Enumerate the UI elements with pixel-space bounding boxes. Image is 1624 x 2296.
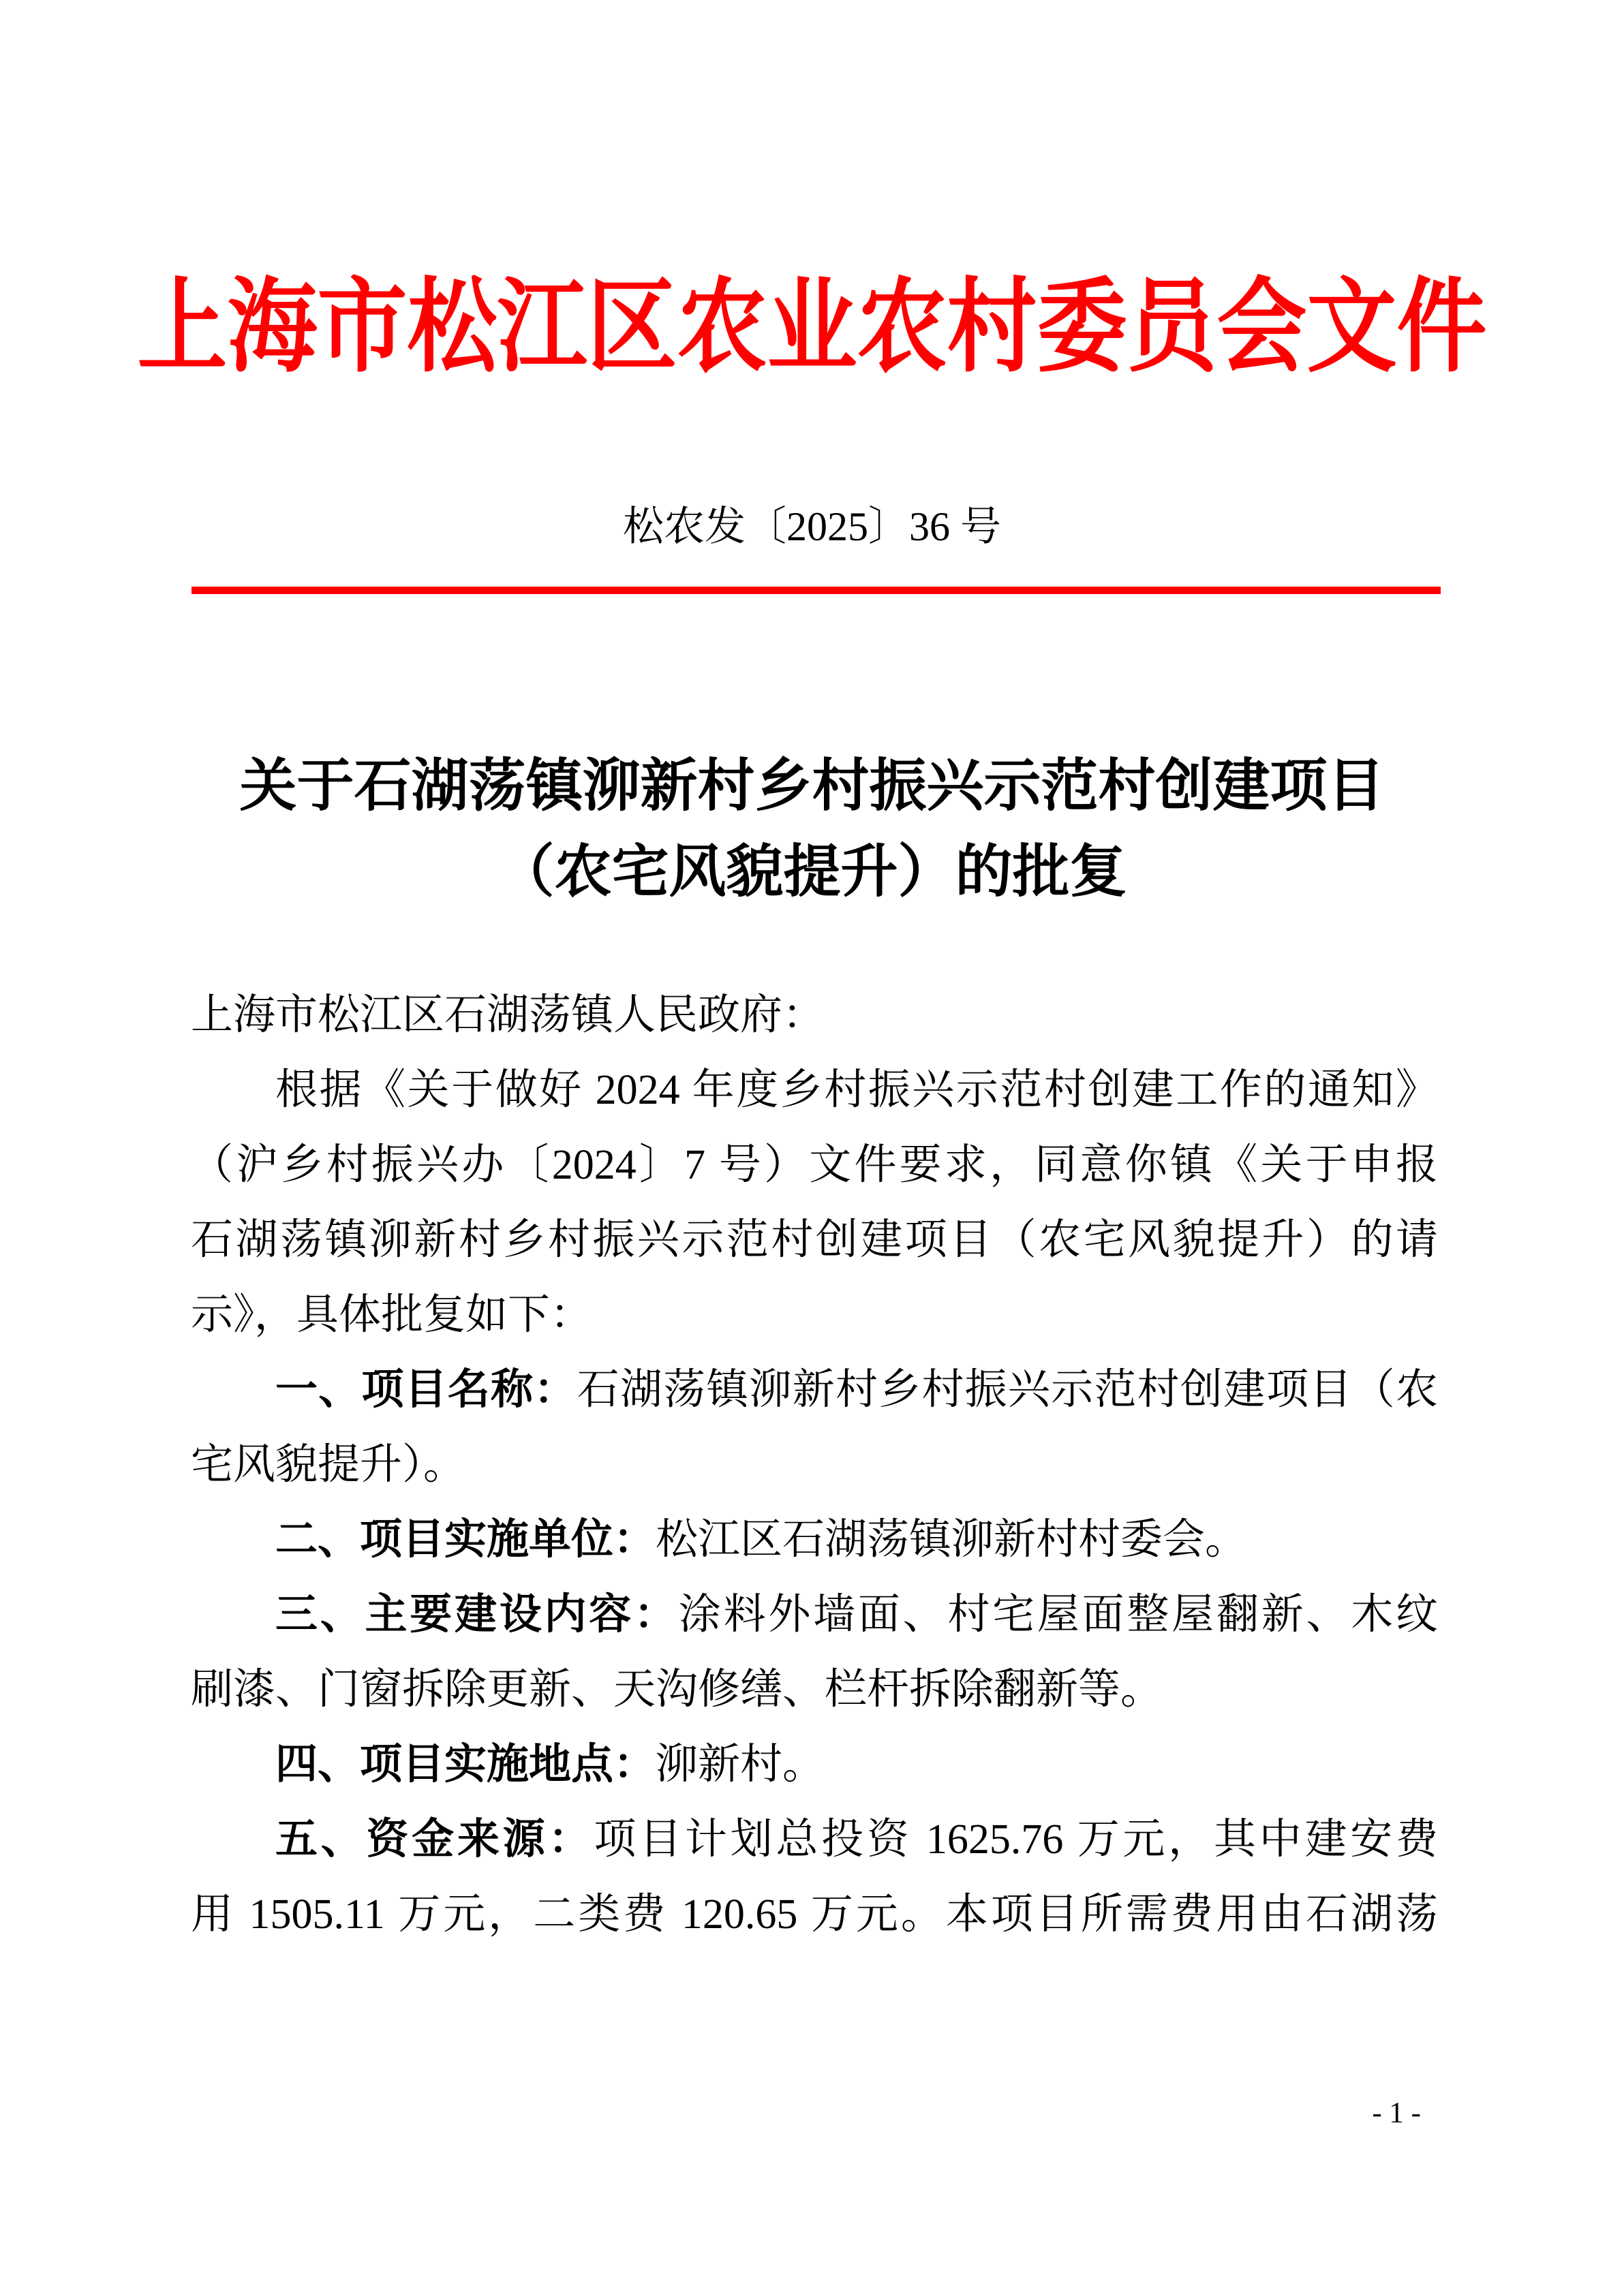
body-line: 上海市松江区石湖荡镇人民政府：	[191, 978, 1438, 1053]
body-text-run: 示》，具体批复如下：	[191, 1292, 592, 1338]
body-text-run: 涂料外墙面、村宅屋面整屋翻新、木纹	[679, 1592, 1438, 1638]
body-line: （沪乡村振兴办〔2024〕7 号）文件要求，同意你镇《关于申报	[191, 1128, 1438, 1203]
body-text-run: 用 1505.11 万元，二类费 120.65 万元。本项目所需费用由石湖荡	[191, 1891, 1438, 1938]
body-section-heading: 二、项目实施单位：	[275, 1516, 656, 1563]
document-page: 上海市松江区农业农村委员会文件 松农发〔2025〕36 号 关于石湖荡镇泖新村乡…	[0, 0, 1624, 2296]
body-text-run: 宅风貌提升）。	[191, 1442, 465, 1488]
body-text-run: 上海市松江区石湖荡镇人民政府：	[191, 992, 825, 1038]
red-divider-line	[191, 587, 1441, 594]
body-text-run: 根据《关于做好 2024 年度乡村振兴示范村创建工作的通知》	[275, 1067, 1438, 1113]
body-text-run: 石湖荡镇泖新村乡村振兴示范村创建项目（农宅风貌提升）的请	[191, 1217, 1438, 1263]
body-text-run: 松江区石湖荡镇泖新村村委会。	[656, 1517, 1247, 1563]
page-number: - 1 -	[1372, 2097, 1421, 2129]
document-title: 关于石湖荡镇泖新村乡村振兴示范村创建项目 （农宅风貌提升）的批复	[0, 744, 1624, 916]
body-line: 二、项目实施单位：松江区石湖荡镇泖新村村委会。	[191, 1502, 1438, 1577]
body-line: 刷漆、门窗拆除更新、天沟修缮、栏杆拆除翻新等。	[191, 1652, 1438, 1727]
document-number: 松农发〔2025〕36 号	[0, 504, 1624, 549]
masthead-org-title: 上海市松江区农业农村委员会文件	[138, 271, 1487, 384]
body-line: 示》，具体批复如下：	[191, 1277, 1438, 1352]
body-text-run: 项目计划总投资 1625.76 万元，其中建安费	[594, 1816, 1438, 1863]
document-masthead: 上海市松江区农业农村委员会文件	[0, 271, 1624, 370]
body-section-heading: 五、资金来源：	[275, 1816, 594, 1863]
body-text-run: 石湖荡镇泖新村乡村振兴示范村创建项目（农	[577, 1367, 1438, 1413]
body-section-heading: 四、项目实施地点：	[275, 1741, 656, 1788]
body-line: 五、资金来源：项目计划总投资 1625.76 万元，其中建安费	[191, 1802, 1438, 1877]
body-line: 三、主要建设内容：涂料外墙面、村宅屋面整屋翻新、木纹	[191, 1577, 1438, 1652]
document-title-line2: （农宅风貌提升）的批复	[0, 830, 1624, 916]
document-body: 上海市松江区石湖荡镇人民政府：根据《关于做好 2024 年度乡村振兴示范村创建工…	[191, 978, 1438, 1952]
document-title-line1: 关于石湖荡镇泖新村乡村振兴示范村创建项目	[0, 744, 1624, 830]
body-line: 宅风貌提升）。	[191, 1427, 1438, 1502]
body-line: 四、项目实施地点：泖新村。	[191, 1727, 1438, 1802]
body-text-run: （沪乡村振兴办〔2024〕7 号）文件要求，同意你镇《关于申报	[191, 1142, 1438, 1188]
body-text-run: 刷漆、门窗拆除更新、天沟修缮、栏杆拆除翻新等。	[191, 1666, 1163, 1713]
body-line: 用 1505.11 万元，二类费 120.65 万元。本项目所需费用由石湖荡	[191, 1877, 1438, 1952]
body-section-heading: 三、主要建设内容：	[275, 1591, 679, 1638]
body-section-heading: 一、项目名称：	[275, 1366, 577, 1413]
body-line: 石湖荡镇泖新村乡村振兴示范村创建项目（农宅风貌提升）的请	[191, 1203, 1438, 1277]
body-text-run: 泖新村。	[656, 1741, 825, 1788]
body-line: 一、项目名称：石湖荡镇泖新村乡村振兴示范村创建项目（农	[191, 1352, 1438, 1427]
body-line: 根据《关于做好 2024 年度乡村振兴示范村创建工作的通知》	[191, 1053, 1438, 1128]
